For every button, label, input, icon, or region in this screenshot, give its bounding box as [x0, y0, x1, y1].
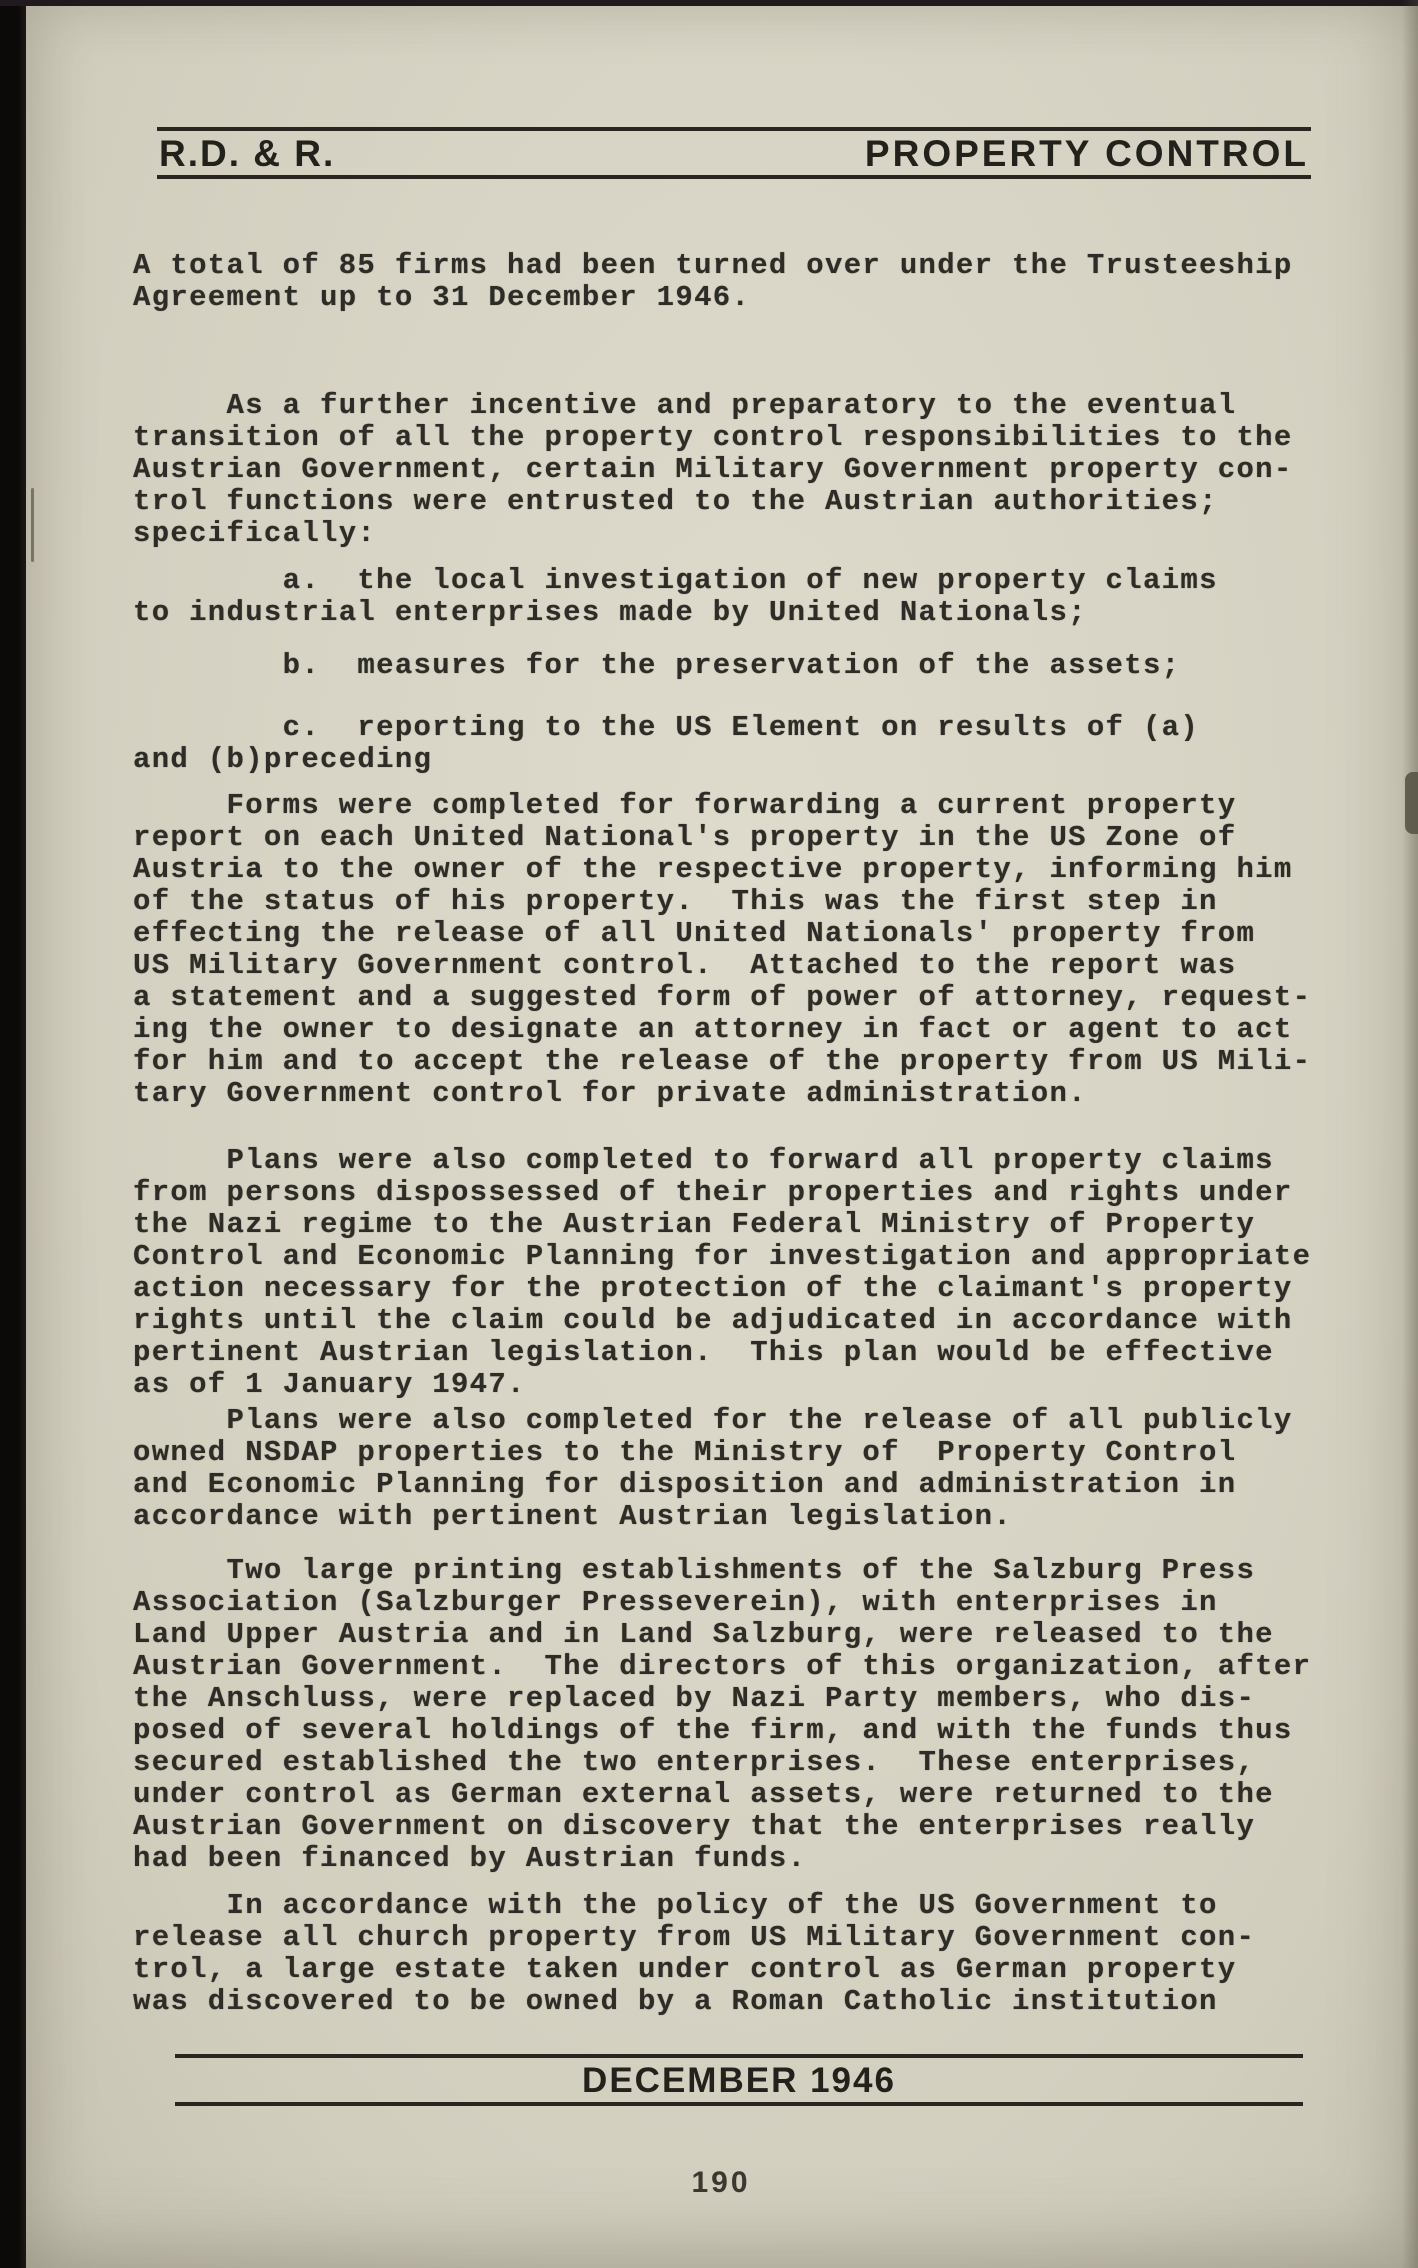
paragraph: Plans were also completed for the releas… — [133, 1405, 1318, 1533]
scan-scratch-artifact — [31, 488, 34, 562]
footer-date-label: DECEMBER 1946 — [582, 2063, 896, 2098]
list-item-c: c. reporting to the US Element on result… — [133, 712, 1318, 776]
page-footer-banner: DECEMBER 1946 — [175, 2054, 1303, 2106]
list-item-b: b. measures for the preservation of the … — [133, 650, 1318, 682]
paragraph: A total of 85 firms had been turned over… — [133, 250, 1318, 314]
page-header: R.D. & R. PROPERTY CONTROL — [157, 127, 1311, 179]
scan-edge-left — [0, 0, 26, 2268]
paragraph: In accordance with the policy of the US … — [133, 1890, 1318, 2018]
scan-shading-right — [1402, 0, 1418, 2268]
page-number: 190 — [157, 2166, 1285, 2200]
scanned-document-page: R.D. & R. PROPERTY CONTROL A total of 85… — [0, 0, 1418, 2268]
paragraph: Two large printing establishments of the… — [133, 1555, 1318, 1875]
list-item-a: a. the local investigation of new proper… — [133, 565, 1318, 629]
header-title-label: PROPERTY CONTROL — [865, 135, 1309, 172]
scan-edge-top — [0, 0, 1418, 6]
paragraph: Forms were completed for forwarding a cu… — [133, 790, 1318, 1110]
header-section-label: R.D. & R. — [159, 135, 335, 172]
paragraph: Plans were also completed to forward all… — [133, 1145, 1318, 1401]
paragraph: As a further incentive and preparatory t… — [133, 390, 1318, 550]
